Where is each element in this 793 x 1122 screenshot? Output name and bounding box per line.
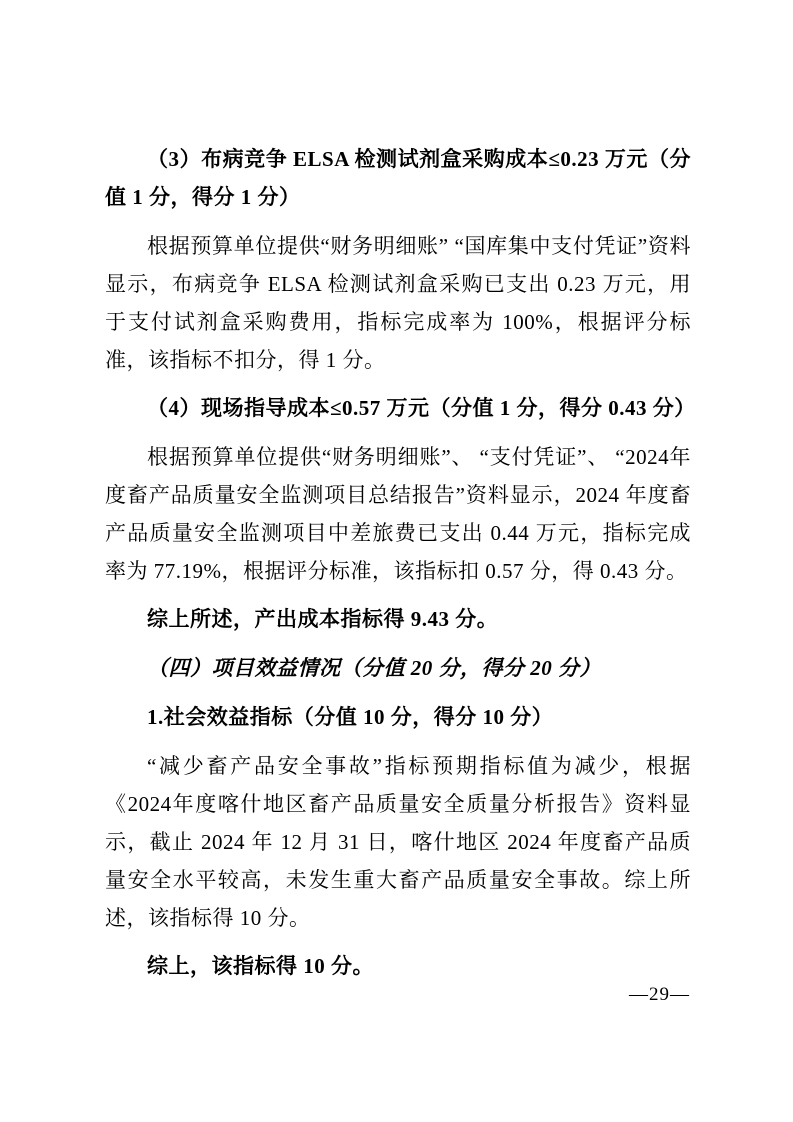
summary-social-benefit-score: 综上，该指标得 10 分。 — [105, 947, 691, 985]
paragraph-social-benefit-detail: “减少畜产品安全事故”指标预期指标值为减少，根据《2024年度喀什地区畜产品质量… — [105, 747, 691, 937]
heading-social-benefit-indicator: 1.社会效益指标（分值 10 分，得分 10 分） — [105, 698, 691, 736]
paragraph-elsa-kit-cost-detail: 根据预算单位提供“财务明细账” “国库集中支付凭证”资料显示，布病竞争 ELSA… — [105, 227, 691, 379]
document-body: （3）布病竞争 ELSA 检测试剂盒采购成本≤0.23 万元（分值 1 分，得分… — [105, 130, 691, 996]
document-page: （3）布病竞争 ELSA 检测试剂盒采购成本≤0.23 万元（分值 1 分，得分… — [0, 0, 793, 1122]
page-number: —29— — [629, 984, 690, 1006]
paragraph-onsite-guidance-cost-detail: 根据预算单位提供“财务明细账”、 “支付凭证”、 “2024年度畜产品质量安全监… — [105, 438, 691, 590]
heading-section-four-project-benefit: （四）项目效益情况（分值 20 分，得分 20 分） — [105, 649, 691, 687]
heading-item-4-onsite-guidance-cost: （4）现场指导成本≤0.57 万元（分值 1 分，得分 0.43 分） — [105, 389, 691, 427]
summary-output-cost-score: 综上所述，产出成本指标得 9.43 分。 — [105, 600, 691, 638]
heading-item-3-elsa-kit-cost: （3）布病竞争 ELSA 检测试剂盒采购成本≤0.23 万元（分值 1 分，得分… — [105, 140, 691, 216]
